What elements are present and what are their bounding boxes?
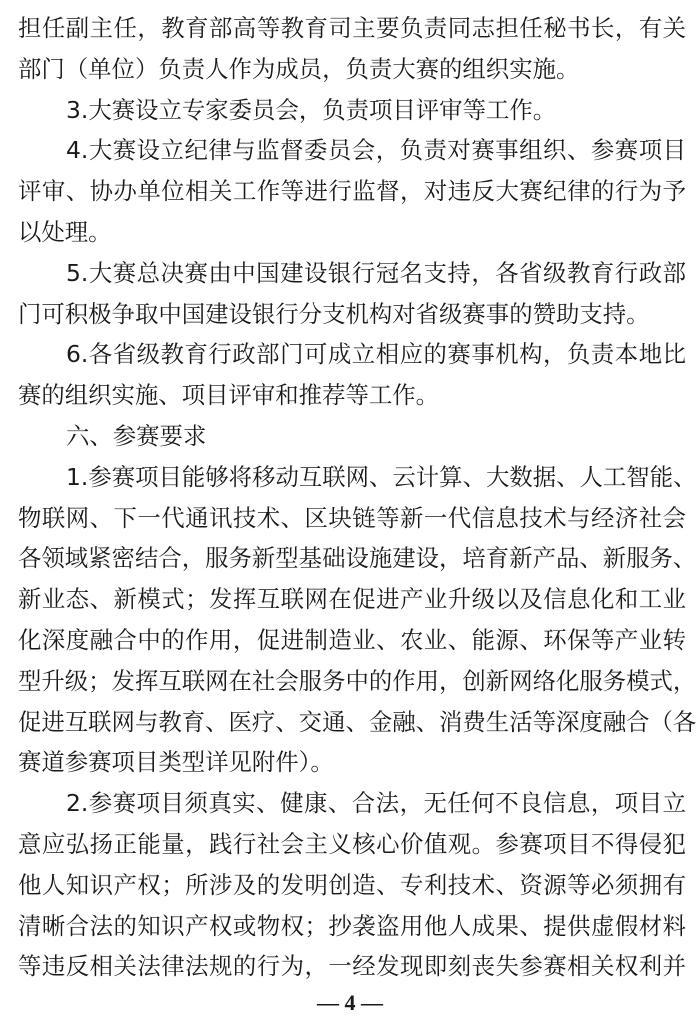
paragraph-first-line: 3.大赛设立专家委员会，负责项目评审等工作。 [18, 90, 686, 131]
paragraph-line: 物联网、下一代通讯技术、区块链等新一代信息技术与经济社会 [18, 498, 686, 539]
paragraph-line: 促进互联网与教育、医疗、交通、金融、消费生活等深度融合（各 [18, 702, 686, 743]
paragraph-line: 部门（单位）负责人作为成员，负责大赛的组织实施。 [18, 49, 686, 90]
paragraph-line: 各领域紧密结合，服务新型基础设施建设，培育新产品、新服务、 [18, 538, 686, 579]
paragraph-first-line: 1.参赛项目能够将移动互联网、云计算、大数据、人工智能、 [18, 457, 686, 498]
paragraph-line: 赛的组织实施、项目评审和推荐等工作。 [18, 375, 686, 416]
paragraph-line: 他人知识产权；所涉及的发明创造、专利技术、资源等必须拥有 [18, 865, 686, 906]
paragraph-first-line: 2.参赛项目须真实、健康、合法，无任何不良信息，项目立 [18, 783, 686, 824]
paragraph-line: 以处理。 [18, 212, 686, 253]
paragraph-line: 评审、协办单位相关工作等进行监督，对违反大赛纪律的行为予 [18, 171, 686, 212]
paragraph-line: 清晰合法的知识产权或物权；抄袭盗用他人成果、提供虚假材料 [18, 906, 686, 947]
paragraph-line: 门可积极争取中国建设银行分支机构对省级赛事的赞助支持。 [18, 294, 686, 335]
paragraph-line: 赛道参赛项目类型详见附件）。 [18, 742, 686, 783]
paragraph-line: 担任副主任，教育部高等教育司主要负责同志担任秘书长，有关 [18, 8, 686, 49]
paragraph-first-line: 6.各省级教育行政部门可成立相应的赛事机构，负责本地比 [18, 334, 686, 375]
paragraph-line: 型升级；发挥互联网在社会服务中的作用，创新网络化服务模式， [18, 661, 686, 702]
document-page: 担任副主任，教育部高等教育司主要负责同志担任秘书长，有关部门（单位）负责人作为成… [18, 8, 686, 987]
paragraph-first-line: 5.大赛总决赛由中国建设银行冠名支持，各省级教育行政部 [18, 253, 686, 294]
page-number: — 4 — [0, 989, 700, 1017]
paragraph-line: 等违反相关法律法规的行为，一经发现即刻丧失参赛相关权利并 [18, 946, 686, 987]
paragraph-line: 新业态、新模式；发挥互联网在促进产业升级以及信息化和工业 [18, 579, 686, 620]
paragraph-first-line: 六、参赛要求 [18, 416, 686, 457]
paragraph-line: 意应弘扬正能量，践行社会主义核心价值观。参赛项目不得侵犯 [18, 824, 686, 865]
paragraph-line: 化深度融合中的作用，促进制造业、农业、能源、环保等产业转 [18, 620, 686, 661]
paragraph-first-line: 4.大赛设立纪律与监督委员会，负责对赛事组织、参赛项目 [18, 130, 686, 171]
